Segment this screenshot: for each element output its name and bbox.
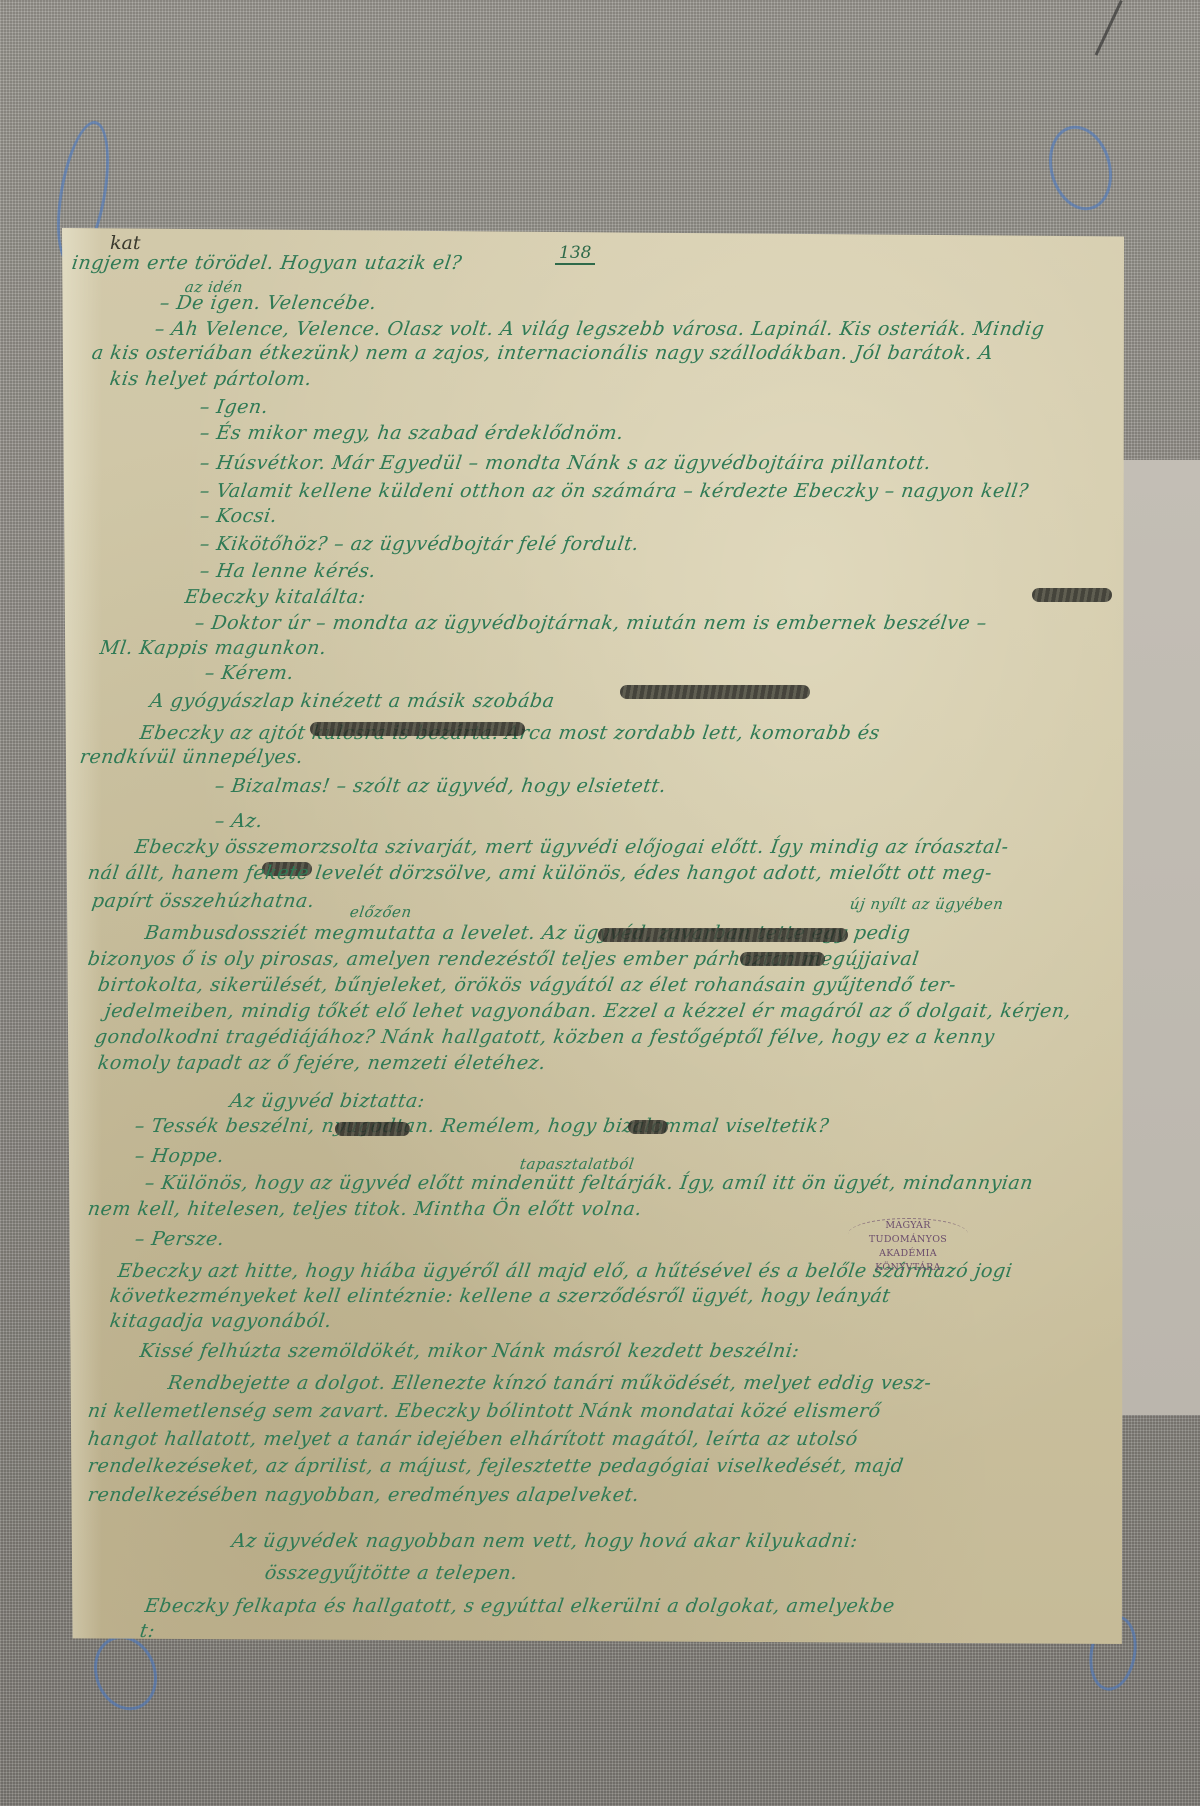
stamp-line: TUDOMÁNYOS AKADÉMIA — [848, 1233, 968, 1261]
blue-pencil-mark — [1040, 119, 1121, 218]
text-line: Ebeczky felkapta és hallgatott, s egyútt… — [143, 1595, 896, 1617]
text-line: a kis osteriában étkezünk) nem a zajos, … — [90, 342, 994, 364]
text-line: – Doktor úr – mondta az ügyvédbojtárnak,… — [193, 612, 988, 634]
text-line: – Kérem. — [203, 662, 295, 684]
text-line: jedelmeiben, mindig tőkét elő lehet vagy… — [103, 1000, 1072, 1022]
text-line: nem kell, hitelesen, teljes titok. Minth… — [86, 1198, 643, 1220]
text-line: hangot hallatott, melyet a tanár idejébe… — [86, 1428, 859, 1450]
text-line: Ebeczky összemorzsolta szivarját, mert ü… — [133, 836, 1010, 858]
text-line: papírt összehúzhatna. — [90, 890, 316, 912]
text-line: – Húsvétkor. Már Egyedül – mondta Nánk s… — [198, 452, 932, 474]
blue-pencil-mark — [84, 1627, 167, 1719]
text-line: – Különös, hogy az ügyvéd előtt mindenüt… — [143, 1172, 1034, 1194]
text-line: nál állt, hanem fekete levelét dörzsölve… — [86, 862, 993, 884]
text-line: ni kellemetlenség sem zavart. Ebeczky bó… — [86, 1400, 882, 1422]
text-line: – Tessék beszélni, nyugodtan. Remélem, h… — [133, 1115, 830, 1137]
text-line: – De igen. Velencébe. — [158, 292, 378, 314]
annotation-elozoen: előzően — [349, 903, 413, 921]
crossed-out-text — [740, 952, 825, 966]
text-line: Kissé felhúzta szemöldökét, mikor Nánk m… — [138, 1340, 800, 1362]
annotation-kat: kat — [110, 232, 140, 254]
text-line: – Bizalmas! – szólt az ügyvéd, hogy elsi… — [213, 775, 667, 797]
text-line: – Kikötőhöz? – az ügyvédbojtár felé ford… — [198, 533, 640, 555]
text-line: – Hoppe. — [133, 1145, 225, 1167]
text-line: komoly tapadt az ő fejére, nemzeti életé… — [96, 1052, 547, 1074]
annotation-uj-nyilt: új nyílt az ügyében — [849, 895, 1005, 913]
text-line: összegyűjtötte a telepen. — [263, 1562, 519, 1584]
crossed-out-text — [598, 928, 848, 942]
library-stamp: MAGYAR TUDOMÁNYOS AKADÉMIA KÖNYVTÁRA — [848, 1218, 968, 1271]
text-line: – Ah Velence, Velence. Olasz volt. A vil… — [153, 318, 1045, 340]
text-line: t: — [138, 1620, 156, 1642]
text-line: – Persze. — [133, 1228, 225, 1250]
crossed-out-text — [1032, 588, 1112, 602]
text-line: rendelkezéseket, az áprilist, a májust, … — [86, 1455, 905, 1477]
text-line: következményeket kell elintéznie: kellen… — [108, 1285, 891, 1307]
text-line: rendelkezésében nagyobban, eredményes al… — [86, 1484, 640, 1506]
text-line: Rendbejette a dolgot. Ellenezte kínzó ta… — [166, 1372, 933, 1394]
text-line: rendkívül ünnepélyes. — [78, 746, 304, 768]
text-line: – Valamit kellene küldeni otthon az ön s… — [198, 480, 1030, 502]
text-line: – Ha lenne kérés. — [198, 560, 377, 582]
pencil-stroke — [1095, 0, 1123, 56]
crossed-out-text — [310, 722, 525, 736]
text-line: Az ügyvédek nagyobban nem vett, hogy hov… — [230, 1530, 859, 1552]
annotation-tapasztalat: tapasztalatból — [519, 1155, 636, 1173]
text-line: birtokolta, sikerülését, bűnjeleket, örö… — [96, 974, 957, 996]
text-line: – Az. — [213, 810, 264, 832]
stamp-line: KÖNYVTÁRA — [848, 1261, 968, 1275]
crossed-out-text — [620, 685, 810, 699]
stamp-line: MAGYAR — [848, 1219, 968, 1233]
text-line: – Igen. — [198, 396, 269, 418]
text-line: Ml. Kappis magunkon. — [98, 637, 328, 659]
crossed-out-text — [335, 1122, 410, 1136]
text-line: kitagadja vagyonából. — [108, 1310, 333, 1332]
text-line: Az ügyvéd biztatta: — [228, 1090, 426, 1112]
text-line: gondolkodni tragédiájához? Nánk hallgato… — [93, 1026, 996, 1048]
text-line: – És mikor megy, ha szabad érdeklődnöm. — [198, 422, 625, 444]
page-number: 138 — [555, 243, 595, 265]
crossed-out-text — [628, 1120, 668, 1134]
text-line: ingjem erte törödel. Hogyan utazik el? — [70, 252, 463, 274]
text-line: – Kocsi. — [198, 505, 278, 527]
text-line: Ebeczky kitalálta: — [183, 586, 367, 608]
text-line: kis helyet pártolom. — [108, 368, 313, 390]
text-line: A gyógyászlap kinézett a másik szobába — [148, 690, 556, 712]
